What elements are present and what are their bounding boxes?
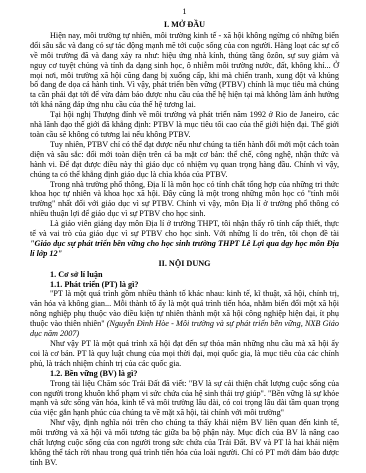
text-run: 1.2. Bền vững (BV) là gì? (50, 369, 137, 378)
paragraph-dia-li: Trong nhà trường phổ thông, Địa lí là mô… (30, 180, 339, 220)
document-content: I. MỞ ĐẦUHiện nay, môi trường tự nhiên, … (30, 20, 339, 468)
paragraph-de-tai: Là giáo viên giảng dạy môn Địa lí ở trườ… (30, 219, 339, 259)
text-run: Hiện nay, môi trường tự nhiên, môi trườn… (30, 31, 339, 109)
document-page: 1 I. MỞ ĐẦUHiện nay, môi trường tự nhiên… (0, 0, 366, 473)
paragraph-rio: Tại hội nghị Thượng đỉnh về môi trường v… (30, 110, 339, 140)
text-run: 1.1. Phát triển (PT) là gì? (50, 280, 138, 289)
paragraph-intro: Hiện nay, môi trường tự nhiên, môi trườn… (30, 31, 339, 110)
text-run: Trong tài liệu Chăm sóc Trái Đất đã viết… (30, 379, 339, 418)
subheading-phat-trien: 1.1. Phát triển (PT) là gì? (30, 280, 339, 290)
text-run: Như vậy, định nghĩa nói trên cho chúng t… (30, 418, 339, 467)
paragraph-pt-dinh-nghia: "PT là một quá trình gồm nhiều thành tố … (30, 289, 339, 339)
section-heading-mo-dau: I. MỞ ĐẦU (30, 20, 339, 30)
paragraph-bv-dinh-nghia: Trong tài liệu Chăm sóc Trái Đất đã viết… (30, 379, 339, 419)
subheading-co-so-li-luan: 1. Cơ sở lí luận (30, 270, 339, 280)
text-run: "Giáo dục sự phát triển bền vững cho học… (30, 239, 339, 258)
text-run: Như vậy PT là một quá trình xã hội đạt đ… (30, 339, 339, 368)
text-run: Trong nhà trường phổ thông, Địa lí là mô… (30, 180, 339, 219)
text-run: 1. Cơ sở lí luận (50, 270, 103, 279)
text-run: Tại hội nghị Thượng đỉnh về môi trường v… (30, 110, 339, 139)
text-run: I. MỞ ĐẦU (164, 20, 205, 29)
page-number: 1 (30, 7, 339, 17)
paragraph-doi-moi: Tuy nhiên, PTBV chỉ có thể đạt được nếu … (30, 140, 339, 180)
paragraph-bv-ket-luan: Như vậy, định nghĩa nói trên cho chúng t… (30, 418, 339, 468)
text-run: Tuy nhiên, PTBV chỉ có thể đạt được nếu … (30, 140, 339, 179)
text-run: Là giáo viên giảng dạy môn Địa lí ở trườ… (30, 219, 339, 238)
text-run: II. NỘI DUNG (158, 259, 210, 268)
subheading-ben-vung: 1.2. Bền vững (BV) là gì? (30, 369, 339, 379)
paragraph-pt-ket-luan: Như vậy PT là một quá trình xã hội đạt đ… (30, 339, 339, 369)
section-heading-noi-dung: II. NỘI DUNG (30, 259, 339, 269)
